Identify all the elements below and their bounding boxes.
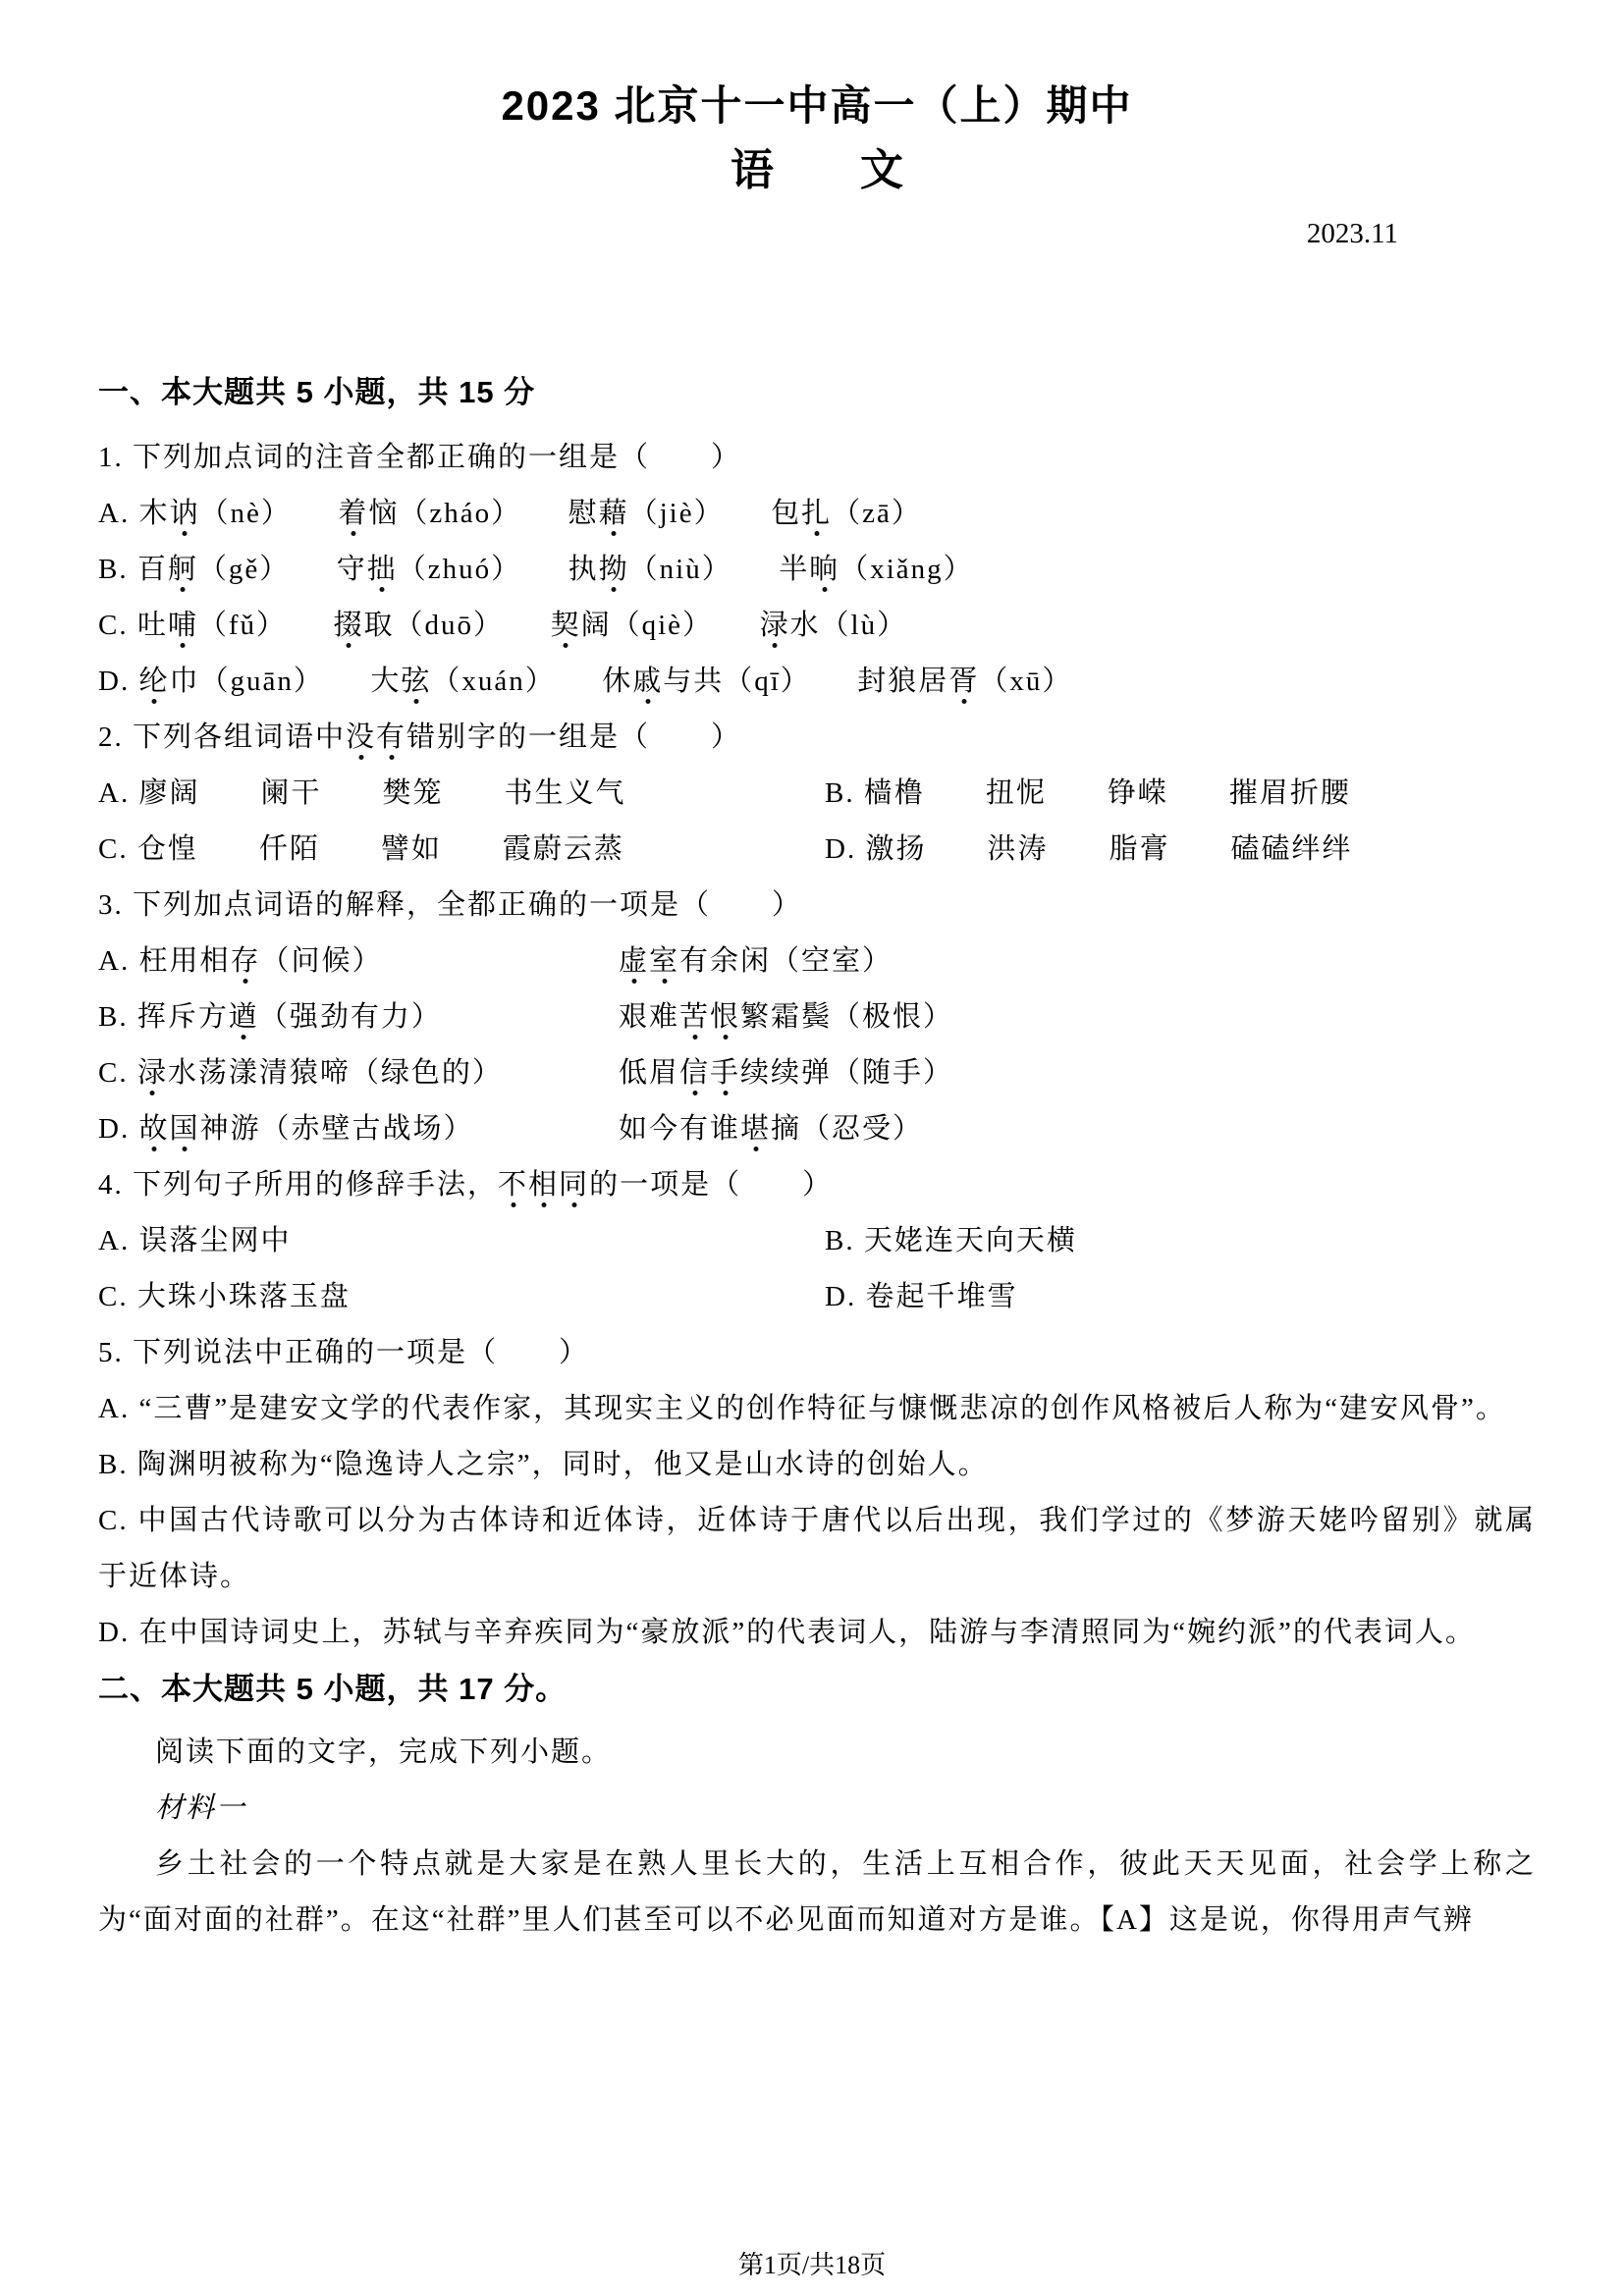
dotted-character: 藉 xyxy=(599,498,629,529)
dotted-character: 着 xyxy=(338,498,368,529)
exam-date: 2023.11 xyxy=(98,206,1536,262)
question-4-options-row-2: C. 大珠小珠落玉盘 D. 卷起千堆雪 xyxy=(98,1269,1536,1325)
dotted-character: 故 xyxy=(138,1113,169,1145)
dotted-character: 没 xyxy=(346,721,376,753)
question-1-option-d: D. 纶巾（guān） 大弦（xuán） 休戚与共（qī） 封狼居胥（xū） xyxy=(98,654,1536,710)
dotted-character: 相 xyxy=(528,1169,559,1201)
question-4-option-c: C. 大珠小珠落玉盘 xyxy=(98,1269,825,1325)
question-2-option-b: B. 樯橹 扭怩 铮嵘 摧眉折腰 xyxy=(825,766,1351,822)
dotted-character: 契 xyxy=(551,610,581,641)
dotted-character: 渌 xyxy=(137,1057,168,1089)
dotted-character: 拗 xyxy=(599,554,629,585)
page-content: 2023 北京十一中高一（上）期中 语 文 2023.11 一、本大题共 5 小… xyxy=(0,0,1624,1949)
question-3-option-b-phrase-2: 艰难苦恨繁霜鬓（极恨） xyxy=(619,989,953,1045)
question-3-option-d-phrase: D. 故国神游（赤壁古战场） xyxy=(98,1101,619,1157)
question-5-option-b: B. 陶渊明被称为“隐逸诗人之宗”，同时，他又是山水诗的创始人。 xyxy=(98,1437,1536,1493)
dotted-character: 哺 xyxy=(168,610,198,641)
dotted-character: 晌 xyxy=(809,554,839,585)
question-3-stem: 3. 下列加点词语的解释，全都正确的一项是（ ） xyxy=(98,878,1536,934)
question-1-option-a: A. 木讷（nè） 着恼（zháo） 慰藉（jiè） 包扎（zā） xyxy=(98,486,1536,542)
dotted-character: 渌 xyxy=(760,610,790,641)
dotted-character: 堪 xyxy=(740,1113,771,1145)
material-1-paragraph: 乡土社会的一个特点就是大家是在熟人里长大的，生活上互相合作，彼此天天见面，社会学… xyxy=(98,1837,1536,1949)
page-footer: 第1页/共18页 xyxy=(0,2251,1624,2280)
dotted-character: 虚 xyxy=(619,945,649,977)
question-5-option-c: C. 中国古代诗歌可以分为古体诗和近体诗，近体诗于唐代以后出现，我们学过的《梦游… xyxy=(98,1493,1536,1605)
dotted-character: 手 xyxy=(710,1057,740,1089)
page-title: 2023 北京十一中高一（上）期中 xyxy=(98,0,1536,135)
question-4-option-a: A. 误落尘网中 xyxy=(98,1213,825,1269)
question-3-option-a-row: A. 枉用相存（问候） 虚室有余闲（空室） xyxy=(98,934,1536,989)
question-3-option-d-phrase-2: 如今有谁堪摘（忍受） xyxy=(619,1101,923,1157)
dotted-character: 拙 xyxy=(367,554,398,585)
section-2-heading: 二、本大题共 5 小题，共 17 分。 xyxy=(98,1661,1536,1717)
dotted-character: 遒 xyxy=(229,1001,259,1033)
dotted-character: 苦 xyxy=(679,1001,710,1033)
question-2-option-d: D. 激扬 洪涛 脂膏 磕磕绊绊 xyxy=(825,822,1352,878)
dotted-character: 扎 xyxy=(801,498,832,529)
question-4-stem: 4. 下列句子所用的修辞手法，不相同的一项是（ ） xyxy=(98,1157,1536,1213)
dotted-character: 弦 xyxy=(401,666,431,697)
question-4-options-row-1: A. 误落尘网中 B. 天姥连天向天横 xyxy=(98,1213,1536,1269)
section-2-intro: 阅读下面的文字，完成下列小题。 xyxy=(98,1725,1536,1781)
question-1-option-b: B. 百舸（gě） 守拙（zhuó） 执拗（niù） 半晌（xiǎng） xyxy=(98,542,1536,598)
question-5-option-a: A. “三曹”是建安文学的代表作家，其现实主义的创作特征与慷慨悲凉的创作风格被后… xyxy=(98,1381,1536,1437)
question-4-option-d: D. 卷起千堆雪 xyxy=(825,1269,1017,1325)
dotted-character: 存 xyxy=(230,945,260,977)
question-2-option-c: C. 仓惶 仟陌 譬如 霞蔚云蒸 xyxy=(98,822,825,878)
question-3-option-b-phrase: B. 挥斥方遒（强劲有力） xyxy=(98,989,619,1045)
exam-paper-page: 2023 北京十一中高一（上）期中 语 文 2023.11 一、本大题共 5 小… xyxy=(0,0,1624,2296)
dotted-character: 讷 xyxy=(169,498,199,529)
question-2-options-row-1: A. 廖阔 阑干 樊笼 书生义气 B. 樯橹 扭怩 铮嵘 摧眉折腰 xyxy=(98,766,1536,822)
question-3-option-c-phrase-2: 低眉信手续续弹（随手） xyxy=(619,1045,953,1101)
dotted-character: 恨 xyxy=(710,1001,740,1033)
question-3-option-d-row: D. 故国神游（赤壁古战场） 如今有谁堪摘（忍受） xyxy=(98,1101,1536,1157)
dotted-character: 胥 xyxy=(948,666,979,697)
question-5-stem: 5. 下列说法中正确的一项是（ ） xyxy=(98,1325,1536,1381)
question-2-option-a: A. 廖阔 阑干 樊笼 书生义气 xyxy=(98,766,825,822)
dotted-character: 纶 xyxy=(138,666,169,697)
question-2-options-row-2: C. 仓惶 仟陌 譬如 霞蔚云蒸 D. 激扬 洪涛 脂膏 磕磕绊绊 xyxy=(98,822,1536,878)
dotted-character: 舸 xyxy=(168,554,198,585)
dotted-character: 不 xyxy=(498,1169,528,1201)
dotted-character: 室 xyxy=(649,945,679,977)
question-4-option-b: B. 天姥连天向天横 xyxy=(825,1213,1077,1269)
question-3-option-a-phrase-2: 虚室有余闲（空室） xyxy=(619,934,893,989)
question-3-option-a-phrase: A. 枉用相存（问候） xyxy=(98,934,619,989)
dotted-character: 国 xyxy=(169,1113,199,1145)
question-1-stem: 1. 下列加点词的注音全都正确的一组是（ ） xyxy=(98,430,1536,486)
dotted-character: 戚 xyxy=(632,666,663,697)
question-5-option-d: D. 在中国诗词史上，苏轼与辛弃疾同为“豪放派”的代表词人，陆游与李清照同为“婉… xyxy=(98,1605,1536,1661)
subject-title: 语 文 xyxy=(98,135,1536,206)
question-1-option-c: C. 吐哺（fǔ） 掇取（duō） 契阔（qiè） 渌水（lù） xyxy=(98,598,1536,654)
dotted-character: 有 xyxy=(376,721,406,753)
question-2-stem: 2. 下列各组词语中没有错别字的一组是（ ） xyxy=(98,710,1536,766)
material-1-label: 材料一 xyxy=(98,1781,1536,1837)
section-1-heading: 一、本大题共 5 小题，共 15 分 xyxy=(98,364,1536,420)
dotted-character: 掇 xyxy=(334,610,364,641)
dotted-character: 信 xyxy=(679,1057,710,1089)
question-3-option-b-row: B. 挥斥方遒（强劲有力） 艰难苦恨繁霜鬓（极恨） xyxy=(98,989,1536,1045)
question-3-option-c-phrase: C. 渌水荡漾清猿啼（绿色的） xyxy=(98,1045,619,1101)
question-3-option-c-row: C. 渌水荡漾清猿啼（绿色的） 低眉信手续续弹（随手） xyxy=(98,1045,1536,1101)
dotted-character: 同 xyxy=(559,1169,589,1201)
